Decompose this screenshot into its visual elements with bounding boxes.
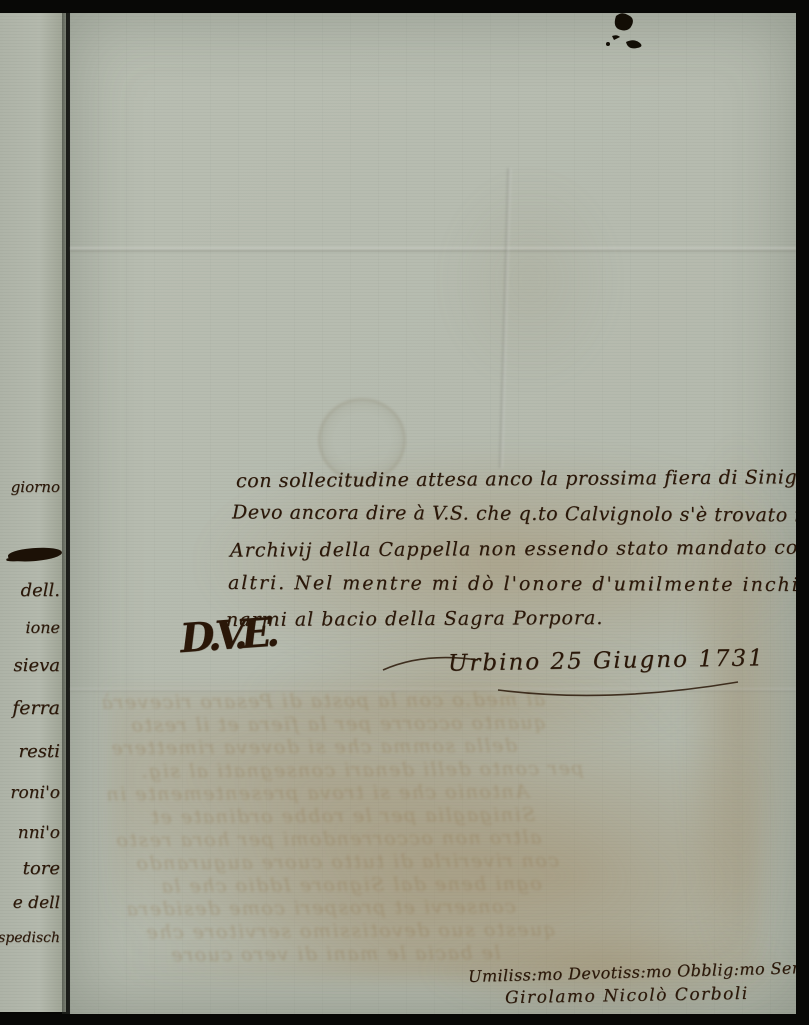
left-page-fragment: giorno <box>11 478 60 496</box>
bleed-through-line: per conto delli denari consegnati al sig… <box>140 757 584 782</box>
left-page-fragment: resti <box>19 741 60 762</box>
left-page-fragment: roni'o <box>10 783 60 803</box>
left-page-fragment: tore <box>23 858 60 879</box>
letter-line: Devo ancora dire à V.S. che q.to Calvign… <box>232 501 809 526</box>
bleed-through-line: quanto occorre per la fiera et il resto <box>130 712 546 737</box>
bleed-through-line: altro non occorrendomi per hora resto <box>115 827 542 852</box>
signature-name: Girolamo Nicolò Corboli <box>505 984 749 1008</box>
letter-line: narmi al bacio della Sagra Porpora. <box>226 607 604 631</box>
letter-line: altri. Nel mentre mi dò l'onore d'umilme… <box>228 572 809 596</box>
letter-line: con sollecitudine attesa anco la prossim… <box>236 466 809 492</box>
bleed-through-line: della somma che si doveva rimettere <box>110 735 517 760</box>
left-page-fragment: spedisch <box>0 930 60 946</box>
horizontal-fold-crease <box>70 247 796 252</box>
closing-monogram: D.V.E. <box>178 609 275 662</box>
bleed-through-line: conservi et prosperi come desidera <box>125 896 516 921</box>
dateline: Urbino 25 Giugno 1731 <box>448 645 765 677</box>
bleed-through-line: Antonio che si trova presentemente in <box>105 781 529 806</box>
manuscript-scan: giorno dell. ione sieva ferra resti roni… <box>0 0 809 1025</box>
scan-border-bottom <box>0 1014 809 1025</box>
left-page-fragment: e dell <box>13 893 60 913</box>
letter-page: al med.o con la posta di Pesaro riceverà… <box>70 13 796 1014</box>
bleed-through-line: Sinigaglia per le robbe ordinate et <box>150 804 535 829</box>
vertical-crease <box>499 168 511 468</box>
bleed-through-line: con riverirla di tutto cuore augurando <box>135 850 559 875</box>
signature-title: Umiliss:mo Devotiss:mo Obblig:mo Servito… <box>468 957 809 986</box>
left-page-fragment: ione <box>25 618 60 637</box>
left-page-fragment: nni'o <box>18 823 60 843</box>
bleed-through-line: questo suo devotissimo servitore che <box>145 919 556 944</box>
ink-blot <box>598 6 668 58</box>
crossed-out-word-blot <box>8 546 63 564</box>
left-page-fragment: sieva <box>13 655 60 676</box>
bleed-through-line: ogni bene dal Signore Iddio che la <box>160 873 542 898</box>
scan-border-right <box>796 0 809 1025</box>
left-page-fragment: dell. <box>21 580 60 601</box>
left-page-edge: giorno dell. ione sieva ferra resti roni… <box>0 13 66 1012</box>
paper-stain <box>440 170 620 390</box>
scan-border-top <box>0 0 809 13</box>
bleed-through-line: le bacia le mani di vero cuore <box>170 942 501 966</box>
letter-line: Archivij della Cappella non essendo stat… <box>230 536 809 561</box>
left-page-fragment: ferra <box>12 697 60 719</box>
